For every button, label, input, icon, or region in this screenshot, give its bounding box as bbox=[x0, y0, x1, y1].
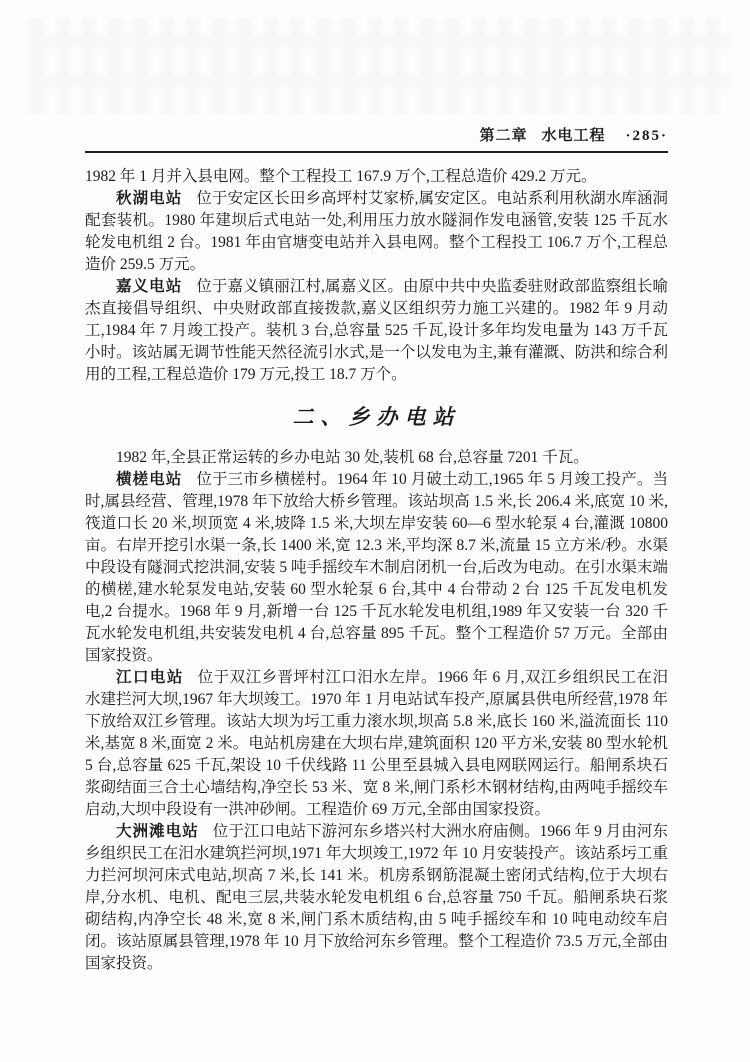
page-number: ·285· bbox=[625, 128, 668, 144]
running-header: 第二章水电工程·285· bbox=[85, 126, 668, 146]
paragraph-opening: 1982 年 1 月并入县电网。整个工程投工 167.9 万个,工程总造价 42… bbox=[85, 166, 668, 188]
station-entry-jiayi: 嘉义电站位于嘉义镇丽江村,属嘉义区。由原中共中央监委驻财政部监察组长喻杰直接倡导… bbox=[85, 276, 668, 386]
station-entry-jiangkou: 江口电站位于双江乡晋坪村江口汨水左岸。1966 年 6 月,双江乡组织民工在汨水… bbox=[85, 667, 668, 821]
section-heading: 二、乡办电站 bbox=[85, 403, 668, 431]
page-content: 第二章水电工程·285· 1982 年 1 月并入县电网。整个工程投工 167.… bbox=[85, 0, 668, 975]
chapter-title: 水电工程 bbox=[541, 127, 605, 144]
station-name-hengcha: 横槎电站 bbox=[116, 471, 182, 488]
station-entry-hengcha: 横槎电站位于三市乡横槎村。1964 年 10 月破土动工,1965 年 5 月竣… bbox=[85, 469, 668, 667]
station-name-jiangkou: 江口电站 bbox=[116, 669, 184, 686]
body-text: 1982 年 1 月并入县电网。整个工程投工 167.9 万个,工程总造价 42… bbox=[85, 166, 668, 975]
book-page: 第二章水电工程·285· 1982 年 1 月并入县电网。整个工程投工 167.… bbox=[0, 0, 750, 1062]
paragraph-section-intro: 1982 年,全县正常运转的乡办电站 30 处,装机 68 台,总容量 7201… bbox=[85, 447, 668, 469]
station-body-dazhoutan: 位于江口电站下游河东乡塔兴村大洲水府庙侧。1966 年 9 月由河东乡组织民工在… bbox=[85, 823, 668, 972]
station-name-qiuhu: 秋湖电站 bbox=[116, 190, 182, 207]
station-body-hengcha: 位于三市乡横槎村。1964 年 10 月破土动工,1965 年 5 月竣工投产。… bbox=[85, 471, 668, 664]
station-entry-qiuhu: 秋湖电站位于安定区长田乡高坪村艾家桥,属安定区。电站系利用秋湖水库涵洞配套装机。… bbox=[85, 188, 668, 276]
station-name-dazhoutan: 大洲滩电站 bbox=[116, 823, 199, 840]
header-rule bbox=[85, 151, 668, 153]
station-entry-dazhoutan: 大洲滩电站位于江口电站下游河东乡塔兴村大洲水府庙侧。1966 年 9 月由河东乡… bbox=[85, 821, 668, 975]
station-body-jiangkou: 位于双江乡晋坪村江口汨水左岸。1966 年 6 月,双江乡组织民工在汨水建拦河大… bbox=[85, 669, 668, 818]
station-name-jiayi: 嘉义电站 bbox=[116, 278, 182, 295]
chapter-label: 第二章 bbox=[479, 127, 527, 144]
